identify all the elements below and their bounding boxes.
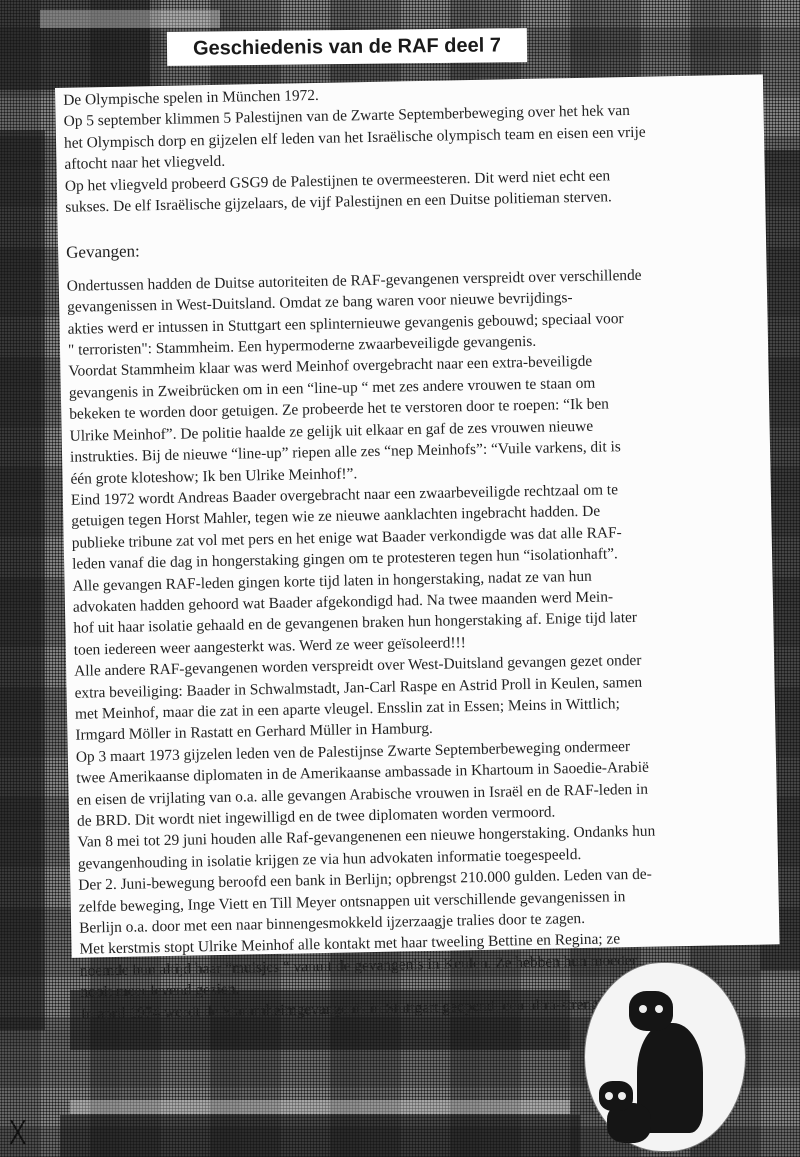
kitten-head-icon xyxy=(599,1081,633,1111)
background-photo-shade xyxy=(60,1115,580,1157)
article-paper: De Olympische spelen in München 1972. Op… xyxy=(55,74,780,957)
cats-illustration xyxy=(584,962,746,1152)
page-mark-icon: ᚷ xyxy=(10,1118,38,1148)
background-photo-highlight xyxy=(70,1100,570,1114)
cat-head-icon xyxy=(629,991,673,1031)
background-photo-shade xyxy=(0,130,45,1030)
body-section: Ondertussen hadden de Duitse autoriteite… xyxy=(67,262,769,1024)
page-title: Geschiedenis van de RAF deel 7 xyxy=(167,28,527,66)
background-photo-highlight xyxy=(40,10,220,28)
background-photo-shade xyxy=(0,0,150,90)
intro-section: De Olympische spelen in München 1972. Op… xyxy=(63,77,753,219)
